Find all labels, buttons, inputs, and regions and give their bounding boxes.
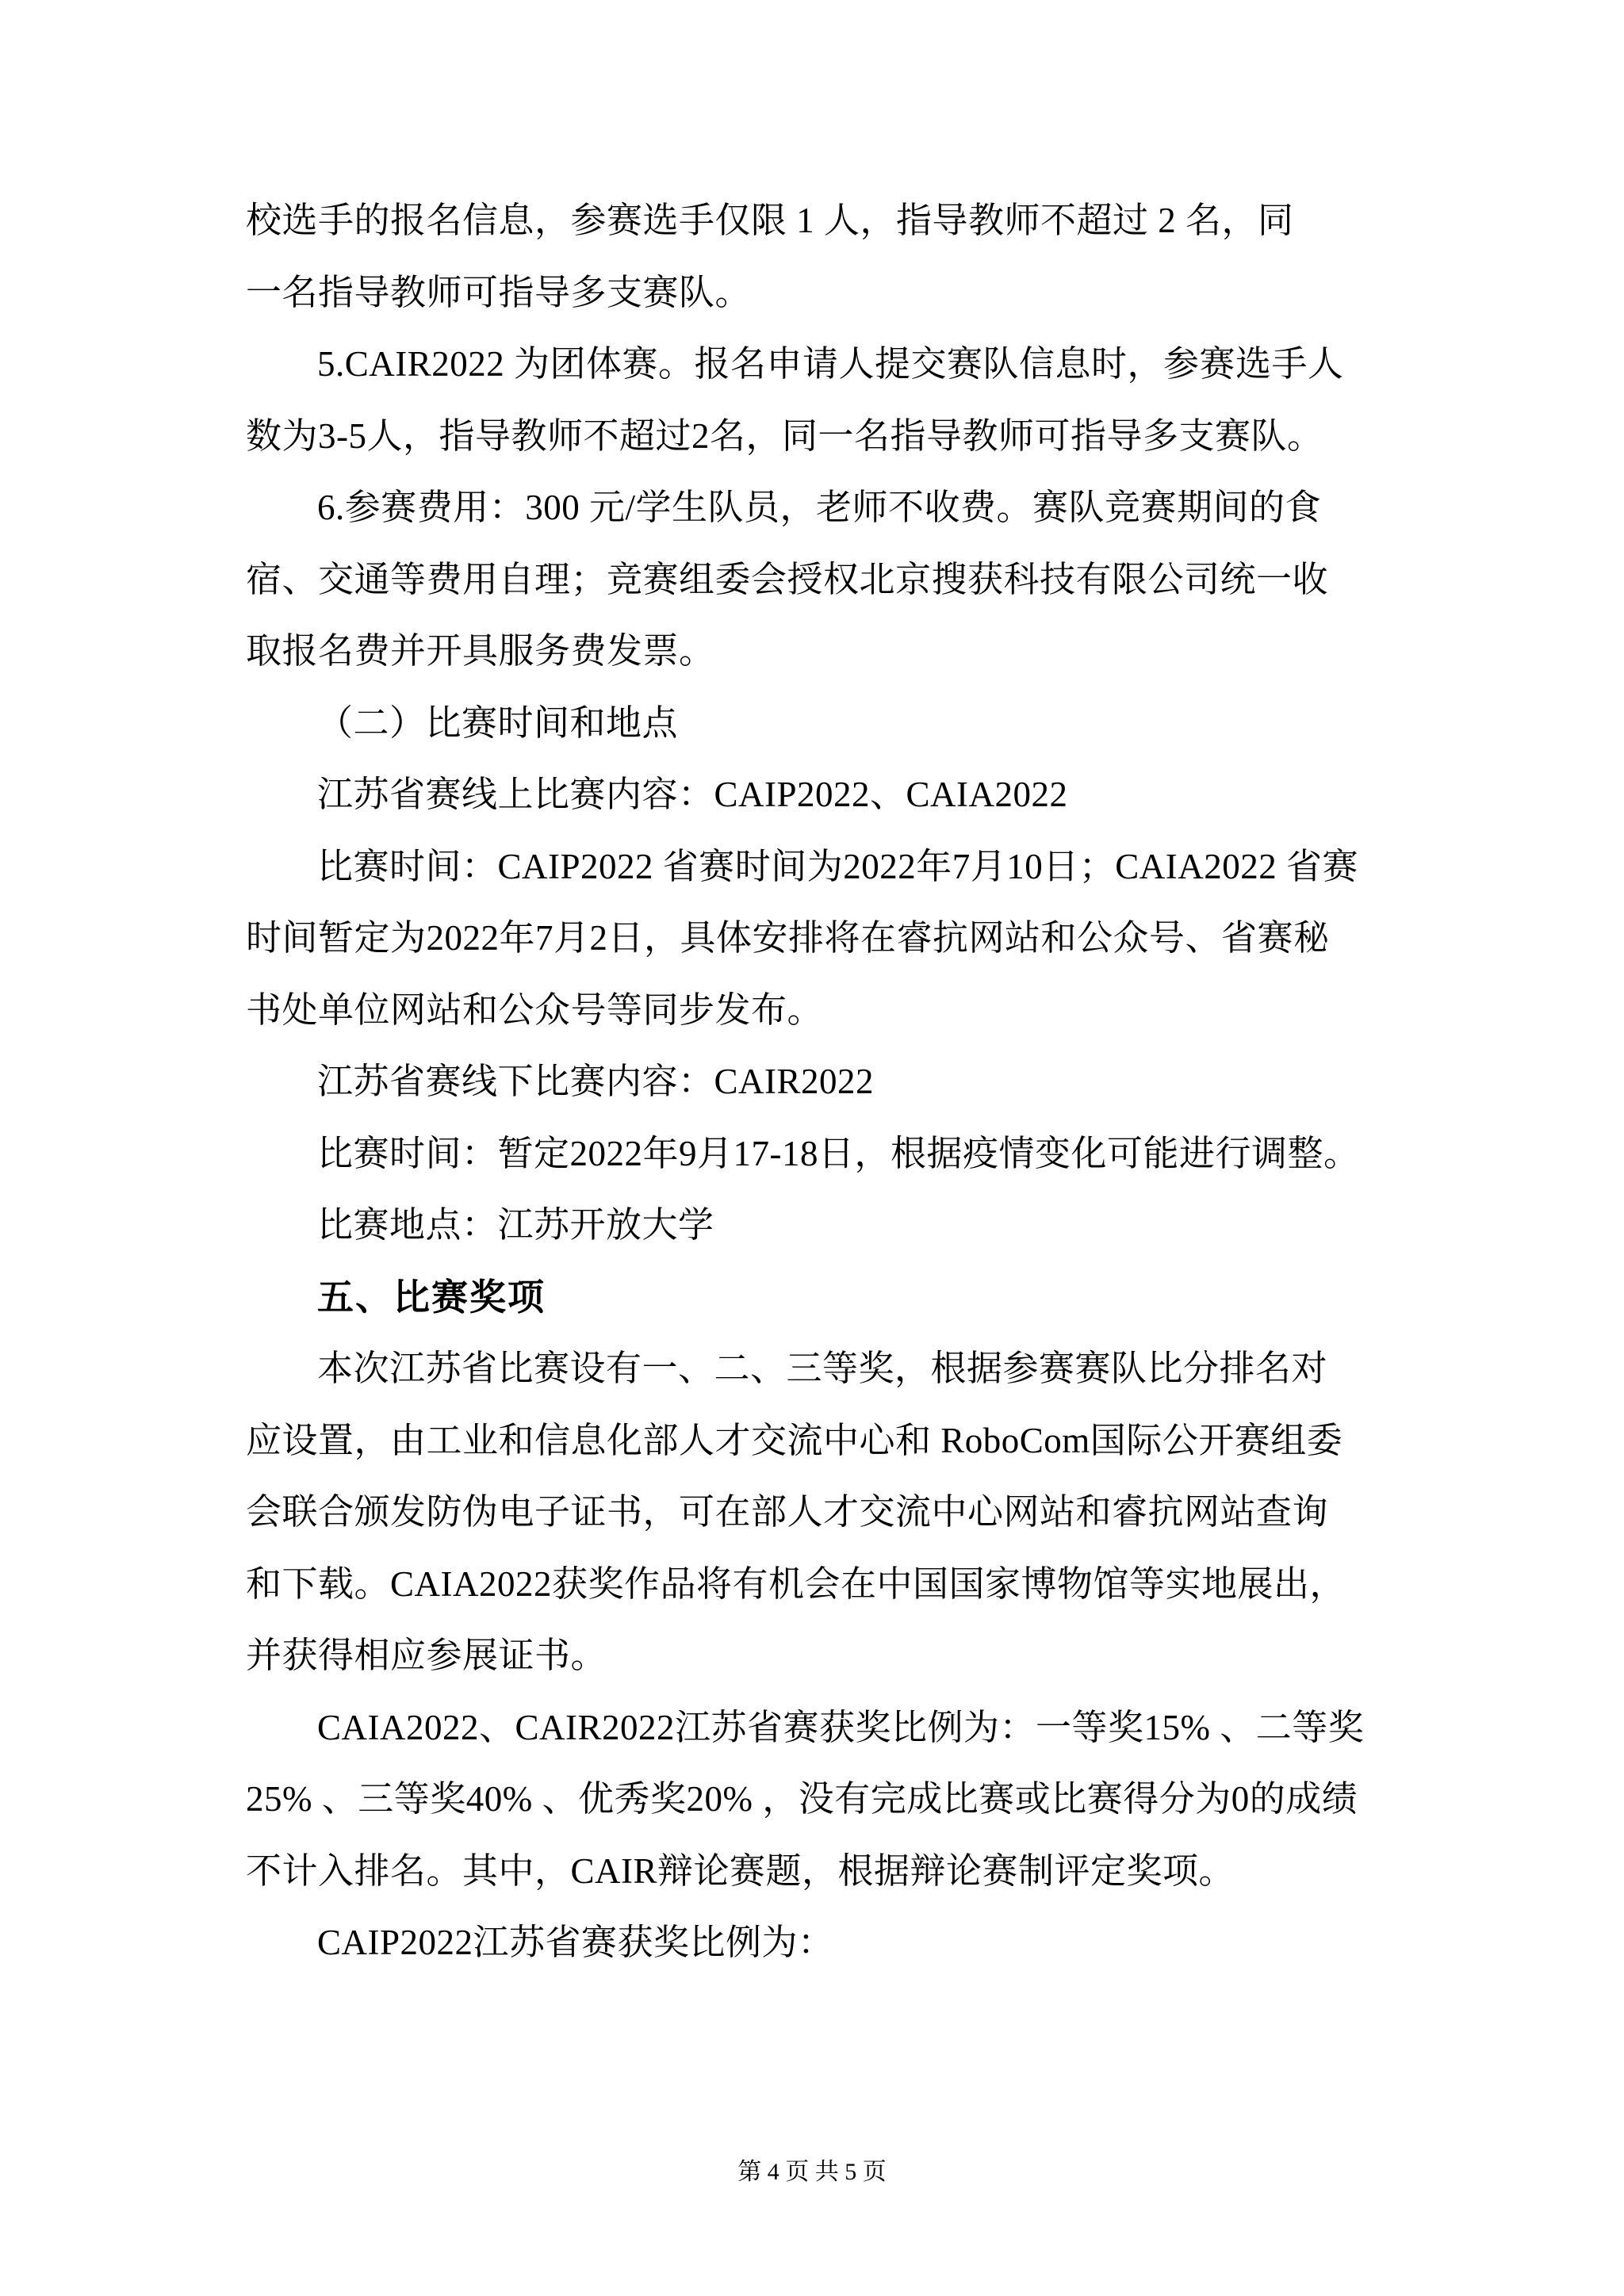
paragraph-line: 和下载。CAIA2022获奖作品将有机会在中国国家博物馆等实地展出， <box>246 1548 1411 1621</box>
list-item-6: 6.参赛费用：300 元/学生队员，老师不收费。赛队竞赛期间的食 <box>246 472 1411 544</box>
paragraph-line: CAIP2022江苏省赛获奖比例为： <box>246 1907 1411 1979</box>
paragraph-line: 会联合颁发防伪电子证书，可在部人才交流中心网站和睿抗网站查询 <box>246 1476 1411 1548</box>
list-item-5: 5.CAIR2022 为团体赛。报名申请人提交赛队信息时，参赛选手人 <box>246 328 1411 400</box>
paragraph-line: 并获得相应参展证书。 <box>246 1620 1411 1692</box>
paragraph-line: 25% 、三等奖40% 、优秀奖20% ，没有完成比赛或比赛得分为0的成绩 <box>246 1763 1411 1835</box>
paragraph-line: 校选手的报名信息，参赛选手仅限 1 人，指导教师不超过 2 名，同 <box>246 185 1411 257</box>
paragraph-line: 应设置，由工业和信息化部人才交流中心和 RoboCom国际公开赛组委 <box>246 1405 1411 1477</box>
paragraph-line: CAIA2022、CAIR2022江苏省赛获奖比例为：一等奖15% 、二等奖 <box>246 1692 1411 1764</box>
paragraph-line: 不计入排名。其中，CAIR辩论赛题，根据辩论赛制评定奖项。 <box>246 1835 1411 1908</box>
paragraph-line: 比赛时间：暂定2022年9月17-18日，根据疫情变化可能进行调整。 <box>246 1118 1411 1190</box>
paragraph-line: 比赛时间：CAIP2022 省赛时间为2022年7月10日；CAIA2022 省… <box>246 831 1411 903</box>
paragraph-line: 时间暂定为2022年7月2日，具体安排将在睿抗网站和公众号、省赛秘 <box>246 902 1411 974</box>
section-heading-awards: 五、比赛奖项 <box>246 1261 1411 1334</box>
paragraph-line: 数为3-5人，指导教师不超过2名，同一名指导教师可指导多支赛队。 <box>246 400 1411 473</box>
paragraph-line: 一名指导教师可指导多支赛队。 <box>246 257 1411 329</box>
document-body: 校选手的报名信息，参赛选手仅限 1 人，指导教师不超过 2 名，同 一名指导教师… <box>246 185 1411 1979</box>
paragraph-line: 比赛地点：江苏开放大学 <box>246 1189 1411 1261</box>
paragraph-line: 书处单位网站和公众号等同步发布。 <box>246 974 1411 1047</box>
paragraph-line: 江苏省赛线上比赛内容：CAIP2022、CAIA2022 <box>246 759 1411 831</box>
paragraph-line: 江苏省赛线下比赛内容：CAIR2022 <box>246 1046 1411 1118</box>
page-number-footer: 第 4 页 共 5 页 <box>0 2153 1624 2191</box>
subsection-heading: （二）比赛时间和地点 <box>246 687 1411 760</box>
paragraph-line: 宿、交通等费用自理；竞赛组委会授权北京搜获科技有限公司统一收 <box>246 544 1411 616</box>
document-page: 校选手的报名信息，参赛选手仅限 1 人，指导教师不超过 2 名，同 一名指导教师… <box>0 0 1624 2296</box>
paragraph-line: 本次江苏省比赛设有一、二、三等奖，根据参赛赛队比分排名对 <box>246 1333 1411 1405</box>
paragraph-line: 取报名费并开具服务费发票。 <box>246 615 1411 687</box>
